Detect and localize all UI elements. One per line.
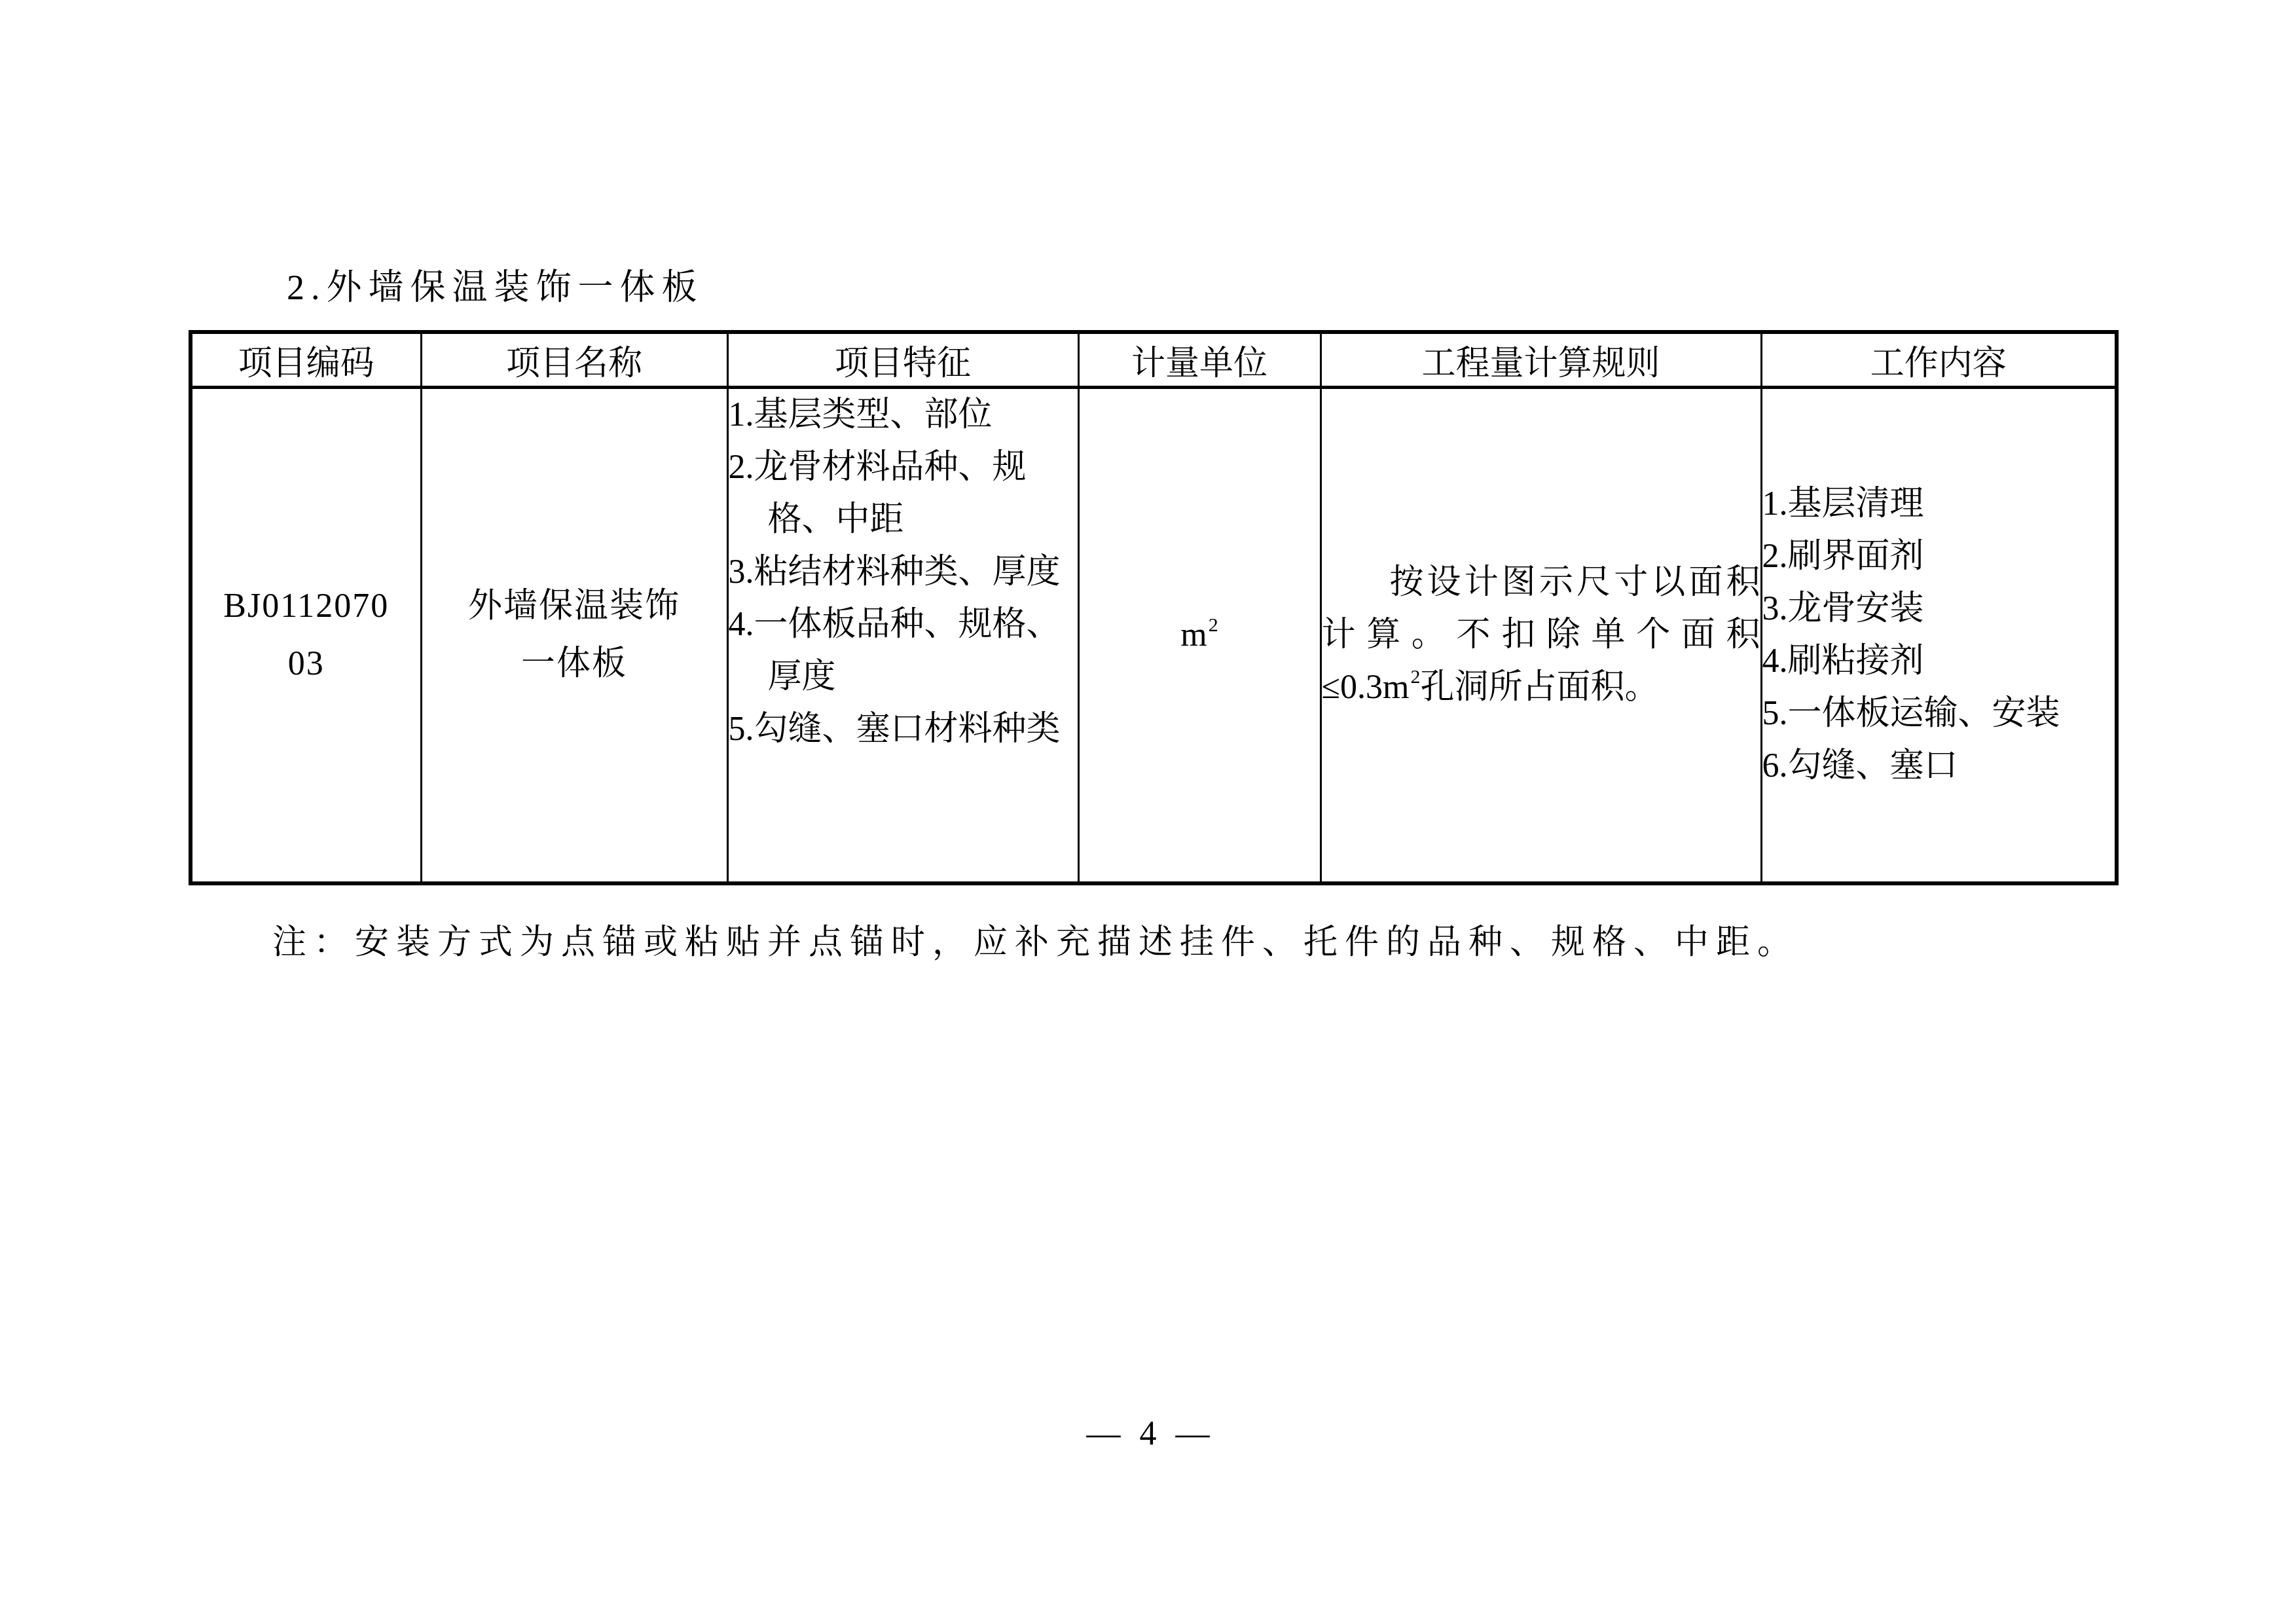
calc-rule-post: 孔洞所占面积。 [1421, 669, 1659, 706]
col-header-work-content: 工作内容 [1761, 332, 2117, 387]
unit-exponent: 2 [1209, 614, 1218, 636]
cell-project-features: 1.基层类型、部位 2.龙骨材料品种、规格、中距 3.粘结材料种类、厚度 4.一… [727, 387, 1078, 883]
document-page: 2.外墙保温装饰一体板 项目编码 项目名称 项目特征 计量单位 工程量计算规则 … [0, 0, 2296, 1624]
feature-item: 3.粘结材料种类、厚度 [729, 546, 1078, 599]
col-header-project-code: 项目编码 [191, 332, 421, 387]
work-item: 6.勾缝、塞口 [1762, 740, 2115, 792]
col-header-project-features: 项目特征 [727, 332, 1078, 387]
footnote: 注：安装方式为点锚或粘贴并点锚时，应补充描述挂件、托件的品种、规格、中距。 [272, 914, 1798, 963]
project-code-line1: BJ0112070 [192, 578, 420, 635]
col-header-calc-rule: 工程量计算规则 [1321, 332, 1761, 387]
feature-item: 5.勾缝、塞口材料种类 [729, 703, 1078, 756]
calc-rule-exponent: 2 [1411, 666, 1421, 688]
footnote-label: 注： [272, 924, 355, 961]
page-number: — 4 — [0, 1414, 2296, 1453]
cell-work-content: 1.基层清理 2.刷界面剂 3.龙骨安装 4.刷粘接剂 5.一体板运输、安装 6… [1761, 387, 2117, 883]
project-name-line1: 外墙保温装饰 [422, 578, 727, 635]
work-item: 4.刷粘接剂 [1762, 635, 2115, 688]
cell-project-name: 外墙保温装饰 一体板 [421, 387, 727, 883]
feature-item: 4.一体板品种、规格、厚度 [729, 599, 1078, 703]
col-header-project-name: 项目名称 [421, 332, 727, 387]
cell-project-code: BJ0112070 03 [191, 387, 421, 883]
work-item: 3.龙骨安装 [1762, 583, 2115, 635]
calc-rule-text: 按设计图示尺寸以面积计算。不扣除单个面积≤0.3m2孔洞所占面积。 [1322, 557, 1760, 714]
unit-base: m [1180, 616, 1207, 654]
col-header-measure-unit: 计量单位 [1078, 332, 1321, 387]
project-name-line2: 一体板 [422, 635, 727, 693]
spec-table: 项目编码 项目名称 项目特征 计量单位 工程量计算规则 工作内容 BJ01120… [189, 330, 2119, 885]
project-code-line2: 03 [192, 635, 420, 693]
section-heading: 2.外墙保温装饰一体板 [287, 259, 704, 310]
feature-item: 1.基层类型、部位 [729, 389, 1078, 441]
table-header-row: 项目编码 项目名称 项目特征 计量单位 工程量计算规则 工作内容 [191, 332, 2117, 387]
feature-item: 2.龙骨材料品种、规格、中距 [729, 441, 1078, 546]
work-item: 1.基层清理 [1762, 478, 2115, 530]
work-item: 5.一体板运输、安装 [1762, 688, 2115, 740]
footnote-text: 安装方式为点锚或粘贴并点锚时，应补充描述挂件、托件的品种、规格、中距。 [355, 924, 1798, 961]
work-item: 2.刷界面剂 [1762, 530, 2115, 583]
cell-calc-rule: 按设计图示尺寸以面积计算。不扣除单个面积≤0.3m2孔洞所占面积。 [1321, 387, 1761, 883]
table-row: BJ0112070 03 外墙保温装饰 一体板 1.基层类型、部位 2.龙骨材料… [191, 387, 2117, 883]
cell-measure-unit: m2 [1078, 387, 1321, 883]
